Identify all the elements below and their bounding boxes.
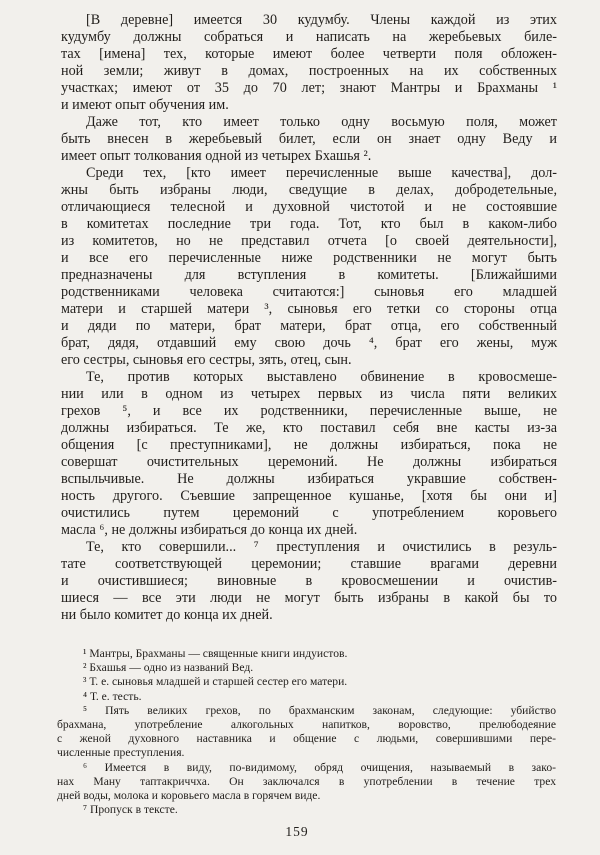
text-line: отличающиеся телесной и духовной чистото… [61,199,557,216]
text-line: в комитетах последние три года. Тот, кто… [61,216,557,233]
text-line: ⁶ Имеется в виду, по-видимому, обряд очи… [57,761,556,775]
text-line: ⁵ Пять великих грехов, по брахманским за… [57,704,556,718]
text-line: тах [имена] тех, которые имеют более чет… [61,46,557,63]
text-line: ² Бхашья — одно из названий Вед. [57,661,556,675]
text-line: масла ⁶, не должны избираться до конца и… [61,522,557,539]
text-line: ⁴ Т. е. тесть. [57,690,556,704]
footnote-item: ⁷ Пропуск в тексте. [57,803,556,817]
text-line: тате соответствующей церемонии; ставшие … [61,556,557,573]
text-line: ной земли; живут в домах, построенных на… [61,63,557,80]
footnote-item: ³ Т. е. сыновья младшей и старшей сестер… [57,675,556,689]
text-line: дней воды, молока и коровьего масла в го… [57,789,556,803]
footnotes: ¹ Мантры, Брахманы — священные книги инд… [57,647,556,817]
text-line: и дяди по матери, брат матери, брат отца… [61,318,557,335]
text-line: из комитетов, но не представил отчета [о… [61,233,557,250]
text-line: вспыльчивые. Не должны избираться укравш… [61,471,557,488]
text-line: общения [с преступниками], не должны изб… [61,437,557,454]
paragraph: Те, против которых выставлено обвинение … [61,369,557,539]
text-line: нах Ману таптакриччха. Он заключался в у… [57,775,556,789]
footnote-item: ¹ Мантры, Брахманы — священные книги инд… [57,647,556,661]
text-line: быть внесен в жеребьевый билет, если он … [61,131,557,148]
text-line: брахмана, употребление алкогольных напит… [57,718,556,732]
text-line: ¹ Мантры, Брахманы — священные книги инд… [57,647,556,661]
text-line: ⁷ Пропуск в тексте. [57,803,556,817]
text-line: ни было комитет до конца их дней. [61,607,557,624]
text-line: Среди тех, [кто имеет перечисленные выше… [61,165,557,182]
text-line: участках; имеют от 35 до 70 лет; знают М… [61,80,557,97]
book-page: [В деревне] имеется 30 кудумбу. Члены ка… [0,0,600,855]
footnote-item: ⁶ Имеется в виду, по-видимому, обряд очи… [57,761,556,804]
text-line: с женой духовного наставника и общение с… [57,732,556,746]
text-line: Те, кто совершили... ⁷ преступления и оч… [61,539,557,556]
footnote-item: ⁵ Пять великих грехов, по брахманским за… [57,704,556,761]
text-line: Те, против которых выставлено обвинение … [61,369,557,386]
text-line: его сестры, сыновья его сестры, зять, от… [61,352,557,369]
main-text: [В деревне] имеется 30 кудумбу. Члены ка… [61,12,557,624]
paragraph: Даже тот, кто имеет только одну восьмую … [61,114,557,165]
text-line: кудумбу должны собраться и написать на ж… [61,29,557,46]
text-line: матери и старшей матери ³, сыновья его т… [61,301,557,318]
text-line: брат, дядя, отдавший ему свою дочь ⁴, бр… [61,335,557,352]
paragraph: Те, кто совершили... ⁷ преступления и оч… [61,539,557,624]
text-line: очистились путем церемоний с употреблени… [61,505,557,522]
text-line: и очистившиеся; виновные в кровосмешении… [61,573,557,590]
text-line: ³ Т. е. сыновья младшей и старшей сестер… [57,675,556,689]
paragraph: [В деревне] имеется 30 кудумбу. Члены ка… [61,12,557,114]
text-line: ность другого. Съевшие запрещенное кушан… [61,488,557,505]
footnote-item: ⁴ Т. е. тесть. [57,690,556,704]
text-line: и имеют опыт обучения им. [61,97,557,114]
page-number: 159 [0,824,594,840]
text-line: имеет опыт толкования одной из четырех Б… [61,148,557,165]
text-line: предназначены для вступления в комитеты.… [61,267,557,284]
text-line: жны быть избраны люди, сведущие в делах,… [61,182,557,199]
text-line: совершат очистительных церемоний. Не дол… [61,454,557,471]
text-line: численные преступления. [57,746,556,760]
text-line: грехов ⁵, и все их родственники, перечис… [61,403,557,420]
text-line: родственниками человека считаются:] сыно… [61,284,557,301]
text-line: шиеся — все эти люди не могут быть избра… [61,590,557,607]
text-line: и все его перечисленные ниже родственник… [61,250,557,267]
text-line: Даже тот, кто имеет только одну восьмую … [61,114,557,131]
text-line: нии или в одном из четырех первых из чис… [61,386,557,403]
footnote-item: ² Бхашья — одно из названий Вед. [57,661,556,675]
paragraph: Среди тех, [кто имеет перечисленные выше… [61,165,557,369]
text-line: должны избираться. Те же, кто поставил с… [61,420,557,437]
text-line: [В деревне] имеется 30 кудумбу. Члены ка… [61,12,557,29]
